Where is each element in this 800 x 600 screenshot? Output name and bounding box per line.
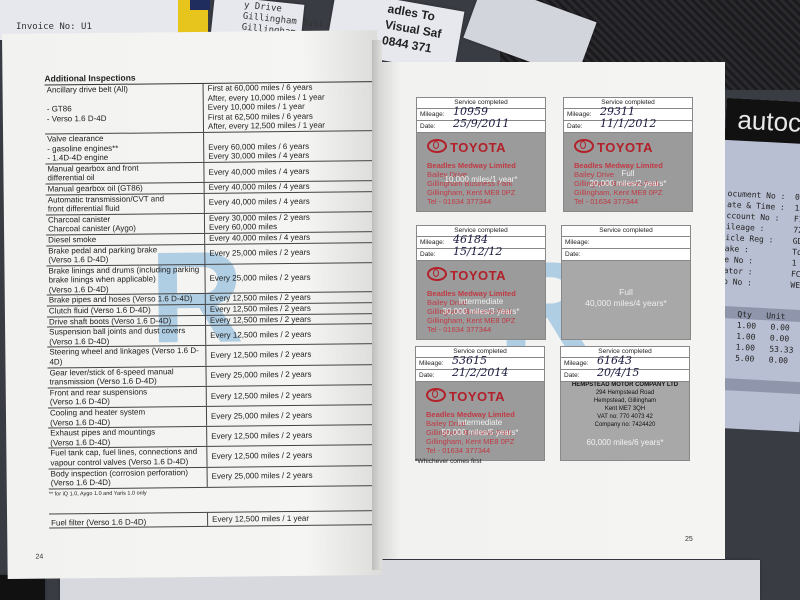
- service-interval-label: Intermediate50,000 miles/5 years*: [416, 418, 544, 438]
- interval-label: Every 25,000 miles / 2 years: [207, 466, 379, 487]
- date-field: Date:15/12/12: [417, 249, 545, 261]
- item-label: Fuel tank cap, fuel lines, connections a…: [48, 447, 206, 468]
- whichever-footnote: *Whichever comes first: [415, 458, 481, 465]
- service-stamp-box: Service completed Mileage:10959 Date:25/…: [416, 97, 546, 212]
- date-field: Date:20/4/15: [561, 370, 689, 382]
- interval-label: Every 12,500 miles / 2 years: [205, 324, 377, 345]
- item-label: Charcoal canisterCharcoal canister (Aygo…: [46, 214, 204, 235]
- item-label: Automatic transmission/CVT andfront diff…: [46, 193, 204, 214]
- interval-label: Every 12,500 miles / 2 years: [205, 345, 377, 366]
- item-label: Brake pipes and hoses (Verso 1.6 D-4D): [47, 294, 205, 305]
- mileage-value: 46184: [453, 234, 488, 245]
- footnote: ** for iQ 1.0, Aygo 1.0 and Yaris 1.0 on…: [49, 488, 379, 514]
- mileage-value: 53615: [452, 355, 487, 366]
- table-row-fuel-filter: Fuel filter (Verso 1.6 D-4D) Every 12,50…: [49, 511, 379, 529]
- service-stamp-box: Service completed Mileage:46184 Date:15/…: [416, 225, 546, 340]
- item-label: Suspension ball joints and dust covers(V…: [47, 326, 205, 347]
- service-stamp-box: Service completed Mileage: Date: Full40,…: [561, 225, 691, 340]
- interval-label: Every 40,000 miles / 4 years: [204, 192, 376, 213]
- inspection-rows: Ancillary drive belt (All) - GT86 - Vers…: [45, 82, 379, 489]
- interval-label: Every 12,500 miles / 2 years: [206, 425, 378, 446]
- interval-label: Every 12,500 miles / 2 years: [205, 303, 377, 314]
- item-label: Fuel filter (Verso 1.6 D-4D): [49, 513, 207, 528]
- interval-label: Every 40,000 miles / 4 years: [204, 232, 376, 243]
- toyota-emblem-icon: [427, 139, 447, 153]
- toyota-logo: TOYOTA: [427, 267, 506, 283]
- date-field: Date:: [562, 249, 690, 261]
- dealer-stamp: TOYOTA Beadles Medway LimitedBailey Driv…: [416, 382, 544, 460]
- garage-stamp: HEMPSTEAD MOTOR COMPANY LTD294 Hempstead…: [561, 382, 689, 460]
- dealer-stamp: TOYOTA Beadles Medway LimitedBailey Driv…: [564, 133, 692, 211]
- dealer-stamp: TOYOTA Beadles Medway LimitedBailey Driv…: [417, 133, 545, 211]
- toyota-logo: TOYOTA: [574, 139, 653, 155]
- invoice-label: Invoice No: U1: [16, 22, 92, 33]
- interval-label: Every 12,500 miles / 2 years: [205, 314, 377, 325]
- interval-label: Every 40,000 miles / 4 years: [204, 181, 376, 192]
- item-label: Exhaust pipes and mountings(Verso 1.6 D-…: [48, 427, 206, 448]
- date-value: 11/1/2012: [600, 118, 656, 129]
- item-label: Drive shaft boots (Verso 1.6 D-4D): [47, 316, 205, 327]
- item-label: Clutch fluid (Verso 1.6 D-4D): [47, 305, 205, 316]
- table-row: Valve clearance - gasoline engines** - 1…: [45, 131, 375, 164]
- item-label: Steering wheel and linkages (Verso 1.6 D…: [47, 346, 205, 367]
- brand-name: TOYOTA: [449, 389, 505, 404]
- date-field: Date:25/9/2011: [417, 121, 545, 133]
- toyota-emblem-icon: [426, 388, 446, 402]
- interval-label: Every 12,500 miles / 1 year: [207, 511, 379, 526]
- item-label: Manual gearbox and frontdifferential oil: [45, 163, 203, 184]
- brand-name: TOYOTA: [450, 268, 506, 283]
- navy-tab: [190, 0, 210, 10]
- item-label: Ancillary drive belt (All) - GT86 - Vers…: [45, 84, 203, 134]
- autocentre-brand: autoc: [724, 98, 800, 145]
- mileage-value: 61643: [597, 355, 632, 366]
- item-label: Gear lever/stick of 6-speed manualtransm…: [48, 367, 206, 388]
- interval-label: Every 60,000 miles / 6 yearsEvery 30,000…: [203, 131, 375, 162]
- item-label: Brake pedal and parking brake(Verso 1.6 …: [46, 244, 204, 265]
- date-value: 20/4/15: [597, 367, 639, 378]
- toyota-emblem-icon: [427, 267, 447, 281]
- toyota-logo: TOYOTA: [426, 388, 505, 404]
- empty-service-slot: Full40,000 miles/4 years*: [562, 261, 690, 339]
- stamp-header: Service completed: [562, 226, 690, 237]
- service-interval-label: Full40,000 miles/4 years*: [562, 287, 690, 309]
- interval-label: Every 40,000 miles / 4 years: [203, 161, 375, 182]
- item-label: Manual gearbox oil (GT86): [46, 183, 204, 194]
- item-label: Body inspection (corrosion perforation)(…: [49, 467, 207, 488]
- receipt-fields: ocument No : 045I454 ate & Time : 12/02/…: [723, 188, 800, 293]
- hempstead-address: HEMPSTEAD MOTOR COMPANY LTD294 Hempstead…: [561, 382, 689, 429]
- date-value: 15/12/12: [453, 246, 502, 257]
- page-number: 24: [35, 554, 43, 561]
- mileage-field: Mileage:: [562, 237, 690, 249]
- service-book-page-left: R Additional Inspections Ancillary drive…: [2, 30, 383, 579]
- item-label: Diesel smoke: [46, 234, 204, 245]
- additional-inspections-table: Additional Inspections Ancillary drive b…: [44, 70, 379, 529]
- interval-label: First at 60,000 miles / 6 yearsAfter, ev…: [203, 82, 375, 132]
- interval-label: Every 12,500 miles / 2 years: [205, 293, 377, 304]
- mileage-value: 10959: [453, 106, 488, 117]
- brand-name: TOYOTA: [597, 140, 653, 155]
- interval-label: Every 25,000 miles / 2 years: [206, 405, 378, 426]
- visual-safety-text: adles To Visual Saf 0844 371: [381, 1, 446, 58]
- interval-label: Every 12,500 miles / 2 years: [206, 385, 378, 406]
- interval-label: Every 25,000 miles / 2 years: [205, 365, 377, 386]
- interval-label: Every 25,000 miles / 2 years: [204, 263, 376, 294]
- toyota-emblem-icon: [574, 139, 594, 153]
- service-stamp-box: Service completed Mileage:53615 Date:21/…: [415, 346, 545, 461]
- page-number: 25: [685, 536, 693, 543]
- service-interval-label: Intermediate30,000 miles/3 years*: [417, 297, 545, 317]
- table-row: Brake linings and drums (including parki…: [46, 263, 376, 296]
- receipt-line-items: Qty Unit 1.00 0.00 1.00 0.00 1.00 53.33 …: [735, 309, 796, 367]
- service-interval-label: Full20,000 miles/2 years*: [564, 169, 692, 189]
- service-interval-label: 10,000 miles/1 year*: [417, 175, 545, 185]
- brand-name: TOYOTA: [450, 140, 506, 155]
- date-field: Date:21/2/2014: [416, 370, 544, 382]
- interval-label: Every 25,000 miles / 2 years: [204, 243, 376, 264]
- date-value: 21/2/2014: [452, 367, 508, 378]
- interval-label: Every 12,500 miles / 2 years: [206, 445, 378, 466]
- dealer-stamp: TOYOTA Beadles Medway LimitedBailey Driv…: [417, 261, 545, 339]
- item-label: Valve clearance - gasoline engines** - 1…: [45, 133, 203, 163]
- date-value: 25/9/2011: [453, 118, 509, 129]
- interval-label: Every 30,000 miles / 2 yearsEvery 60,000…: [204, 212, 376, 233]
- item-label: Cooling and heater system(Verso 1.6 D-4D…: [48, 407, 206, 428]
- mileage-value: 29311: [600, 106, 635, 117]
- table-row: Body inspection (corrosion perforation)(…: [49, 466, 379, 490]
- item-label: Front and rear suspensions(Verso 1.6 D-4…: [48, 387, 206, 408]
- date-field: Date:11/1/2012: [564, 121, 692, 133]
- service-stamp-box: Service completed Mileage:29311 Date:11/…: [563, 97, 693, 212]
- toyota-logo: TOYOTA: [427, 139, 506, 155]
- service-stamp-box: Service completed Mileage:61643 Date:20/…: [560, 346, 690, 461]
- table-row: Ancillary drive belt (All) - GT86 - Vers…: [45, 82, 375, 134]
- item-label: Brake linings and drums (including parki…: [46, 265, 204, 295]
- service-interval-label: 60,000 miles/6 years*: [561, 438, 689, 448]
